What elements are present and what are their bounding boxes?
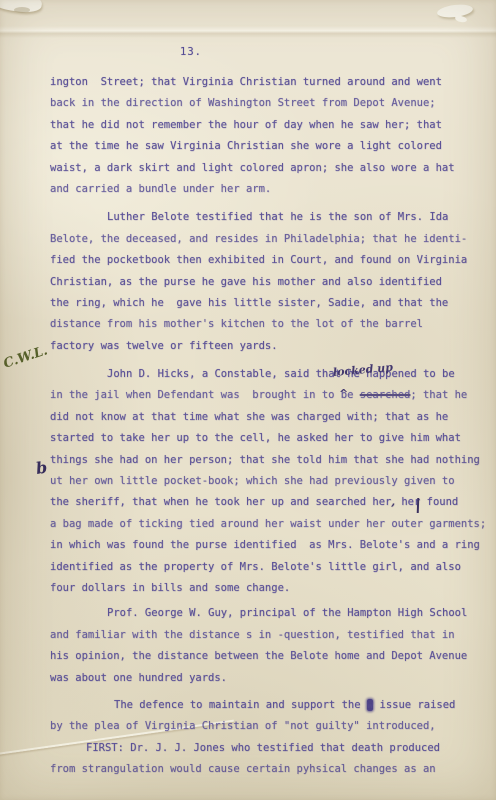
paper-crease [0,26,496,38]
typed-segment: he [395,496,414,508]
typed-segment: distance from his mother's kitchen to th… [50,318,423,330]
typed-segment: at the time he saw Virginia Christian sh… [50,140,442,152]
typed-line: waist, a dark skirt and light colored ap… [50,158,484,179]
typed-line: that he did not remember the hour of day… [50,115,484,136]
paragraph: Luther Belote testified that he is the s… [50,207,484,357]
typed-segment: by the plea of Virginia Christian of "no… [50,720,436,732]
typed-line: started to take her up to the cell, he a… [50,428,484,449]
typed-line: identified as the property of Mrs. Belot… [50,557,484,578]
typed-segment: The defence to maintain and support the [114,699,367,711]
typed-segment: Christian, as the purse he gave his moth… [50,276,442,288]
typed-segment: his opinion, the distance between the Be… [50,650,467,662]
paragraph: FIRST: Dr. J. J. Jones who testified tha… [50,738,484,781]
typed-line: John D. Hicks, a Constable, said that he… [50,364,484,385]
typed-line: by the plea of Virginia Christian of "no… [50,716,484,737]
typed-line: did not know at that time what she was c… [50,407,484,428]
typed-line: Prof. George W. Guy, principal of the Ha… [50,603,484,624]
typed-line: Christian, as the purse he gave his moth… [50,272,484,293]
typed-line: was about one hundred yards. [50,668,484,689]
text-block: ington Street; that Virginia Christian t… [50,72,484,781]
typed-segment-slash: r [414,496,420,508]
typed-segment: ; that he [410,389,467,401]
typed-line: from strangulation would cause certain p… [50,759,484,780]
margin-initials-handwriting: C.W.L. [2,343,50,371]
typed-line: back in the direction of Washington Stre… [50,93,484,114]
typed-segment: FIRST: Dr. J. J. Jones who testified tha… [86,742,440,754]
typed-segment: waist, a dark skirt and light colored ap… [50,162,455,174]
typed-segment-strike: searched [360,389,411,401]
typed-line: a bag made of ticking tied around her wa… [50,514,484,535]
paper-damage-mark [455,15,468,23]
typed-segment: and carried a bundle under her arm. [50,183,271,195]
typed-segment: issue raised [373,699,455,711]
typed-line: fied the pocketbook then exhibited in Co… [50,250,484,271]
typed-segment: Belote, the deceased, and resides in Phi… [50,233,467,245]
typed-segment: Prof. George W. Guy, principal of the Ha… [107,607,467,619]
typed-line: at the time he saw Virginia Christian sh… [50,136,484,157]
typed-line: the sheriff, that when he took her up an… [50,492,484,513]
typed-line: his opinion, the distance between the Be… [50,646,484,667]
paper-damage-mark [14,7,30,13]
typed-line: the ring, which he gave his little siste… [50,293,484,314]
typed-segment: ington Street; that Virginia Christian t… [50,76,442,88]
paper-damage-mark [436,3,473,19]
typed-segment: that he did not remember the hour of day… [50,119,442,131]
page-number: 13. [180,46,202,58]
typed-line: things she had on her person; that she t… [50,450,484,471]
typed-line: ington Street; that Virginia Christian t… [50,72,484,93]
typed-segment: identified as the property of Mrs. Belot… [50,561,461,573]
typed-line: Luther Belote testified that he is the s… [50,207,484,228]
typed-segment: things she had on her person; that she t… [50,454,480,466]
typed-segment: was about one hundred yards. [50,672,227,684]
paragraph: ington Street; that Virginia Christian t… [50,72,484,200]
typed-segment: in which was found the purse identified … [50,539,480,551]
typed-segment: did not know at that time what she was c… [50,411,448,423]
typed-segment: started to take her up to the cell, he a… [50,432,461,444]
typed-segment: Luther Belote testified that he is the s… [107,211,448,223]
paragraph: Prof. George W. Guy, principal of the Ha… [50,603,484,689]
typed-segment: from strangulation would cause certain p… [50,763,436,775]
typed-line: in which was found the purse identified … [50,535,484,556]
typed-segment: fied the pocketbook then exhibited in Co… [50,254,467,266]
paragraph: John D. Hicks, a Constable, said that he… [50,364,484,599]
typed-segment: the ring, which he gave his little siste… [50,297,448,309]
handwritten-b-correction: b [35,458,49,478]
typed-segment: ut her own little pocket-book; which she… [50,475,455,487]
typed-line: FIRST: Dr. J. J. Jones who testified tha… [50,738,484,759]
typed-line: and familiar with the distance s in -que… [50,625,484,646]
typed-line: Belote, the deceased, and resides in Phi… [50,229,484,250]
typed-segment: four dollars in bills and some change. [50,582,290,594]
typed-line: in the jail when Defendant was brought i… [50,385,484,406]
typed-line: distance from his mother's kitchen to th… [50,314,484,335]
document-page: 13. ington Street; that Virginia Christi… [0,0,496,800]
typed-segment: and familiar with the distance s in -que… [50,629,455,641]
typed-line: The defence to maintain and support the … [50,695,484,716]
paper-damage-mark [0,0,43,15]
typed-segment: in the jail when Defendant was brought i… [50,389,360,401]
typed-segment: John D. Hicks, a Constable, said that he… [107,368,455,380]
typed-line: ut her own little pocket-book; which she… [50,471,484,492]
typed-segment: factory was twelve or fifteen yards. [50,340,278,352]
typed-segment: the sheriff, that when he took her up an… [50,496,391,508]
typed-line: factory was twelve or fifteen yards. [50,336,484,357]
typed-segment: found [420,496,458,508]
typed-segment: a bag made of ticking tied around her wa… [50,518,486,530]
paragraph: The defence to maintain and support the … [50,695,484,738]
typed-line: and carried a bundle under her arm. [50,179,484,200]
typed-line: four dollars in bills and some change. [50,578,484,599]
typed-segment: back in the direction of Washington Stre… [50,97,436,109]
